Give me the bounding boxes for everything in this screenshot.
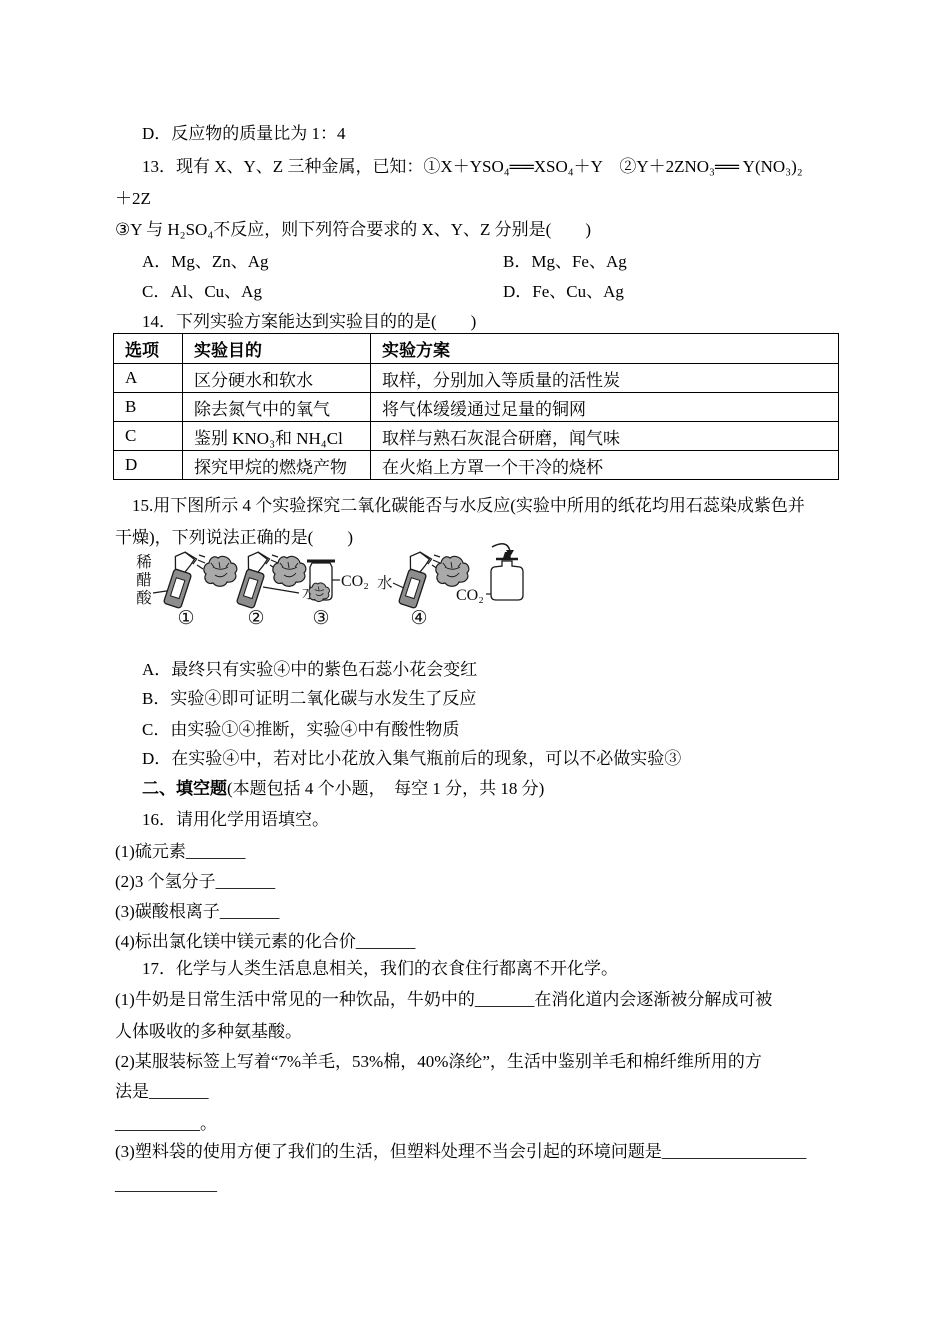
q17-item2-line1: (2)某服装标签上写着“7%羊毛，53%棉，40%涤纶”，生活中鉴别羊毛和棉纤维… [115, 1051, 762, 1073]
q17-item3-line2: ____________ [115, 1174, 217, 1196]
svg-text:醋: 醋 [136, 571, 152, 589]
q17-item2-line2: 法是_______ [115, 1081, 209, 1103]
insert-arrow-icon [492, 544, 510, 551]
cell-option: A [114, 364, 183, 393]
q12-option-d: D．反应物的质量比为 1：4 [142, 123, 346, 145]
paper-flower-icon [273, 556, 306, 586]
q16-item2: (2)3 个氢分子_______ [115, 871, 275, 893]
q15-option-c: C．由实验①④推断，实验④中有酸性物质 [142, 719, 459, 741]
q13-option-b: B．Mg、Fe、Ag [503, 251, 627, 273]
paper-flower-icon [204, 556, 237, 586]
q13-stem-line1: 13．现有 X、Y、Z 三种金属，已知：①X＋YSO₄══XSO₄＋Y ②Y＋2… [142, 156, 803, 178]
co2-label: CO₂ [456, 587, 484, 604]
q13-stem-line3: ③Y 与 H₂SO₄不反应，则下列符合要求的 X、Y、Z 分别是( ) [115, 219, 591, 241]
q17-item1-line1: (1)牛奶是日常生活中常见的一种饮品，牛奶中的_______在消化道内会逐渐被分… [115, 989, 772, 1011]
col-header-plan: 实验方案 [371, 334, 839, 364]
q15-option-b: B．实验④即可证明二氧化碳与水发生了反应 [142, 688, 476, 710]
q17-item3-line1: (3)塑料袋的使用方便了我们的生活，但塑料处理不当会引起的环境问题是______… [115, 1141, 806, 1163]
cell-option: C [114, 422, 183, 451]
q13-option-c: C．Al、Cu、Ag [142, 281, 262, 303]
q15-option-a: A．最终只有实验④中的紫色石蕊小花会变红 [142, 659, 477, 681]
experiment-4-label: ④ [410, 608, 427, 629]
q14-stem: 14．下列实验方案能达到实验目的的是( ) [142, 311, 476, 333]
cell-plan: 将气体缓缓通过足量的铜网 [371, 393, 839, 422]
svg-text:酸: 酸 [136, 589, 152, 607]
q13-stem-line2: ＋2Z [115, 188, 151, 210]
leader-line [263, 587, 299, 593]
gas-bottle-icon [491, 544, 523, 600]
water-label: 水 [377, 574, 393, 592]
experiment-1-label: ① [177, 608, 194, 629]
spray-bottle-icon [396, 550, 433, 609]
q16-item4: (4)标出氯化镁中镁元素的化合价_______ [115, 931, 415, 953]
table-row: D 探究甲烷的燃烧产物 在火焰上方罩一个干冷的烧杯 [114, 451, 839, 480]
cell-plan: 取样与熟石灰混合研磨，闻气味 [371, 422, 839, 451]
col-header-option: 选项 [114, 334, 183, 364]
q16-item3: (3)碳酸根离子_______ [115, 901, 279, 923]
section2-heading: 二、填空题(本题包括 4 个小题， 每空 1 分，共 18 分) [142, 778, 544, 800]
q13-option-d: D．Fe、Cu、Ag [503, 281, 624, 303]
cell-purpose: 区分硬水和软水 [183, 364, 371, 393]
exam-page: D．反应物的质量比为 1：4 13．现有 X、Y、Z 三种金属，已知：①X＋YS… [0, 0, 950, 1344]
dilute-acetic-acid-label: 稀 [136, 553, 152, 571]
table-row: C 鉴别 KNO₃和 NH₄Cl 取样与熟石灰混合研磨，闻气味 [114, 422, 839, 451]
table-row: A 区分硬水和软水 取样，分别加入等质量的活性炭 [114, 364, 839, 393]
q16-stem: 16．请用化学用语填空。 [142, 809, 329, 831]
q17-item2-line3: __________。 [115, 1113, 217, 1135]
cell-purpose: 除去氮气中的氧气 [183, 393, 371, 422]
cell-option: D [114, 451, 183, 480]
paper-flower-icon [436, 556, 469, 586]
q17-stem: 17．化学与人类生活息息相关，我们的衣食住行都离不开化学。 [142, 958, 618, 980]
cell-plan: 取样，分别加入等质量的活性炭 [371, 364, 839, 393]
cell-purpose: 鉴别 KNO₃和 NH₄Cl [183, 422, 371, 451]
q15-experiment-diagram: 稀 醋 酸 ① 水 ② [113, 541, 533, 633]
col-header-purpose: 实验目的 [183, 334, 371, 364]
spray-bottle-icon [234, 550, 271, 609]
q16-item1: (1)硫元素_______ [115, 841, 245, 863]
section2-heading-title: 二、填空题 [142, 779, 227, 798]
q13-option-a: A．Mg、Zn、Ag [142, 251, 269, 273]
table-row: B 除去氮气中的氧气 将气体缓缓通过足量的铜网 [114, 393, 839, 422]
q14-table: 选项 实验目的 实验方案 A 区分硬水和软水 取样，分别加入等质量的活性炭 B … [113, 333, 839, 480]
cell-purpose: 探究甲烷的燃烧产物 [183, 451, 371, 480]
experiment-2-label: ② [247, 608, 264, 629]
q15-stem-line1: 15.用下图所示 4 个实验探究二氧化碳能否与水反应(实验中所用的纸花均用石蕊染… [132, 495, 805, 517]
cell-option: B [114, 393, 183, 422]
table-header-row: 选项 实验目的 实验方案 [114, 334, 839, 364]
q15-option-d: D．在实验④中，若对比小花放入集气瓶前后的现象，可以不必做实验③ [142, 748, 681, 770]
spray-bottle-icon [161, 550, 198, 609]
q17-item1-line2: 人体吸收的多种氨基酸。 [115, 1021, 302, 1043]
cell-plan: 在火焰上方罩一个干冷的烧杯 [371, 451, 839, 480]
experiment-3-label: ③ [312, 608, 329, 629]
co2-label: CO₂ [341, 573, 369, 590]
section2-heading-note: (本题包括 4 个小题， 每空 1 分，共 18 分) [227, 779, 544, 798]
